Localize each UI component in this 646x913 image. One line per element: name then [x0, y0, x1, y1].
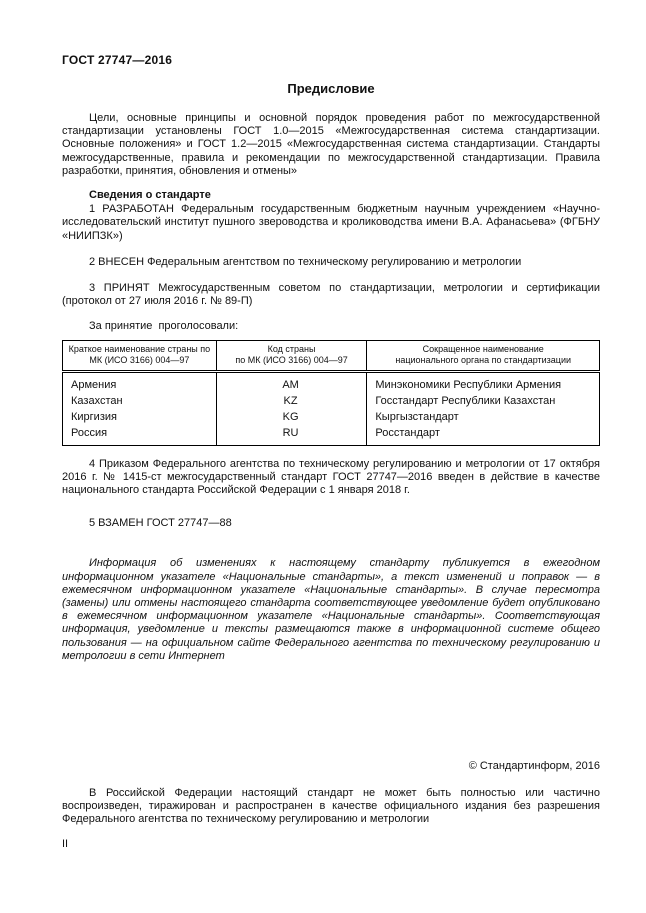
amendments-info-note: Информация об изменениях к настоящему ст… [62, 557, 600, 663]
org-cell: Росстандарт [367, 425, 600, 446]
vote-table-header-country: Краткое наименование страны по МК (ИСО 3… [63, 340, 217, 371]
preface-item-2-submitted: 2 ВНЕСЕН Федеральным агентством по техни… [62, 256, 600, 269]
country-cell: Киргизия [63, 409, 217, 425]
country-cell: Армения [63, 371, 217, 393]
table-row: Россия RU Росстандарт [63, 425, 600, 446]
country-cell: Казахстан [63, 393, 217, 409]
org-cell: Кыргызстандарт [367, 409, 600, 425]
vote-table-header-code: Код страны по МК (ИСО 3166) 004—97 [216, 340, 367, 371]
code-cell: KZ [216, 393, 367, 409]
copyright-notice: © Стандартинформ, 2016 [62, 760, 600, 772]
page-content: ГОСТ 27747—2016 Предисловие Цели, основн… [62, 0, 600, 850]
table-row: Киргизия KG Кыргызстандарт [63, 409, 600, 425]
preface-item-1-developed: 1 РАЗРАБОТАН Федеральным государственным… [62, 203, 600, 243]
document-number: ГОСТ 27747—2016 [62, 0, 600, 67]
preface-intro-paragraph: Цели, основные принципы и основной поряд… [62, 112, 600, 178]
vote-heading: За принятие проголосовали: [62, 320, 600, 333]
vote-table-header-body: Сокращенное наименование национального о… [367, 340, 600, 371]
preface-item-3-adopted: 3 ПРИНЯТ Межгосударственным советом по с… [62, 282, 600, 308]
vote-table: Краткое наименование страны по МК (ИСО 3… [62, 340, 600, 446]
code-cell: RU [216, 425, 367, 446]
reproduction-restriction: В Российской Федерации настоящий стандар… [62, 787, 600, 827]
preface-item-5-replaces: 5 ВЗАМЕН ГОСТ 27747—88 [62, 517, 600, 530]
code-cell: AM [216, 371, 367, 393]
preface-item-4-enacted: 4 Приказом Федерального агентства по тех… [62, 458, 600, 498]
org-cell: Госстандарт Республики Казахстан [367, 393, 600, 409]
table-row: Казахстан KZ Госстандарт Республики Каза… [63, 393, 600, 409]
org-cell: Минэкономики Республики Армения [367, 371, 600, 393]
document-page: ГОСТ 27747—2016 Предисловие Цели, основн… [0, 0, 646, 913]
vote-table-header-row: Краткое наименование страны по МК (ИСО 3… [63, 340, 600, 371]
country-cell: Россия [63, 425, 217, 446]
page-number: II [62, 838, 600, 850]
code-cell: KG [216, 409, 367, 425]
standard-info-heading: Сведения о стандарте [62, 189, 600, 202]
page-title: Предисловие [62, 81, 600, 96]
table-row: Армения AM Минэкономики Республики Армен… [63, 371, 600, 393]
